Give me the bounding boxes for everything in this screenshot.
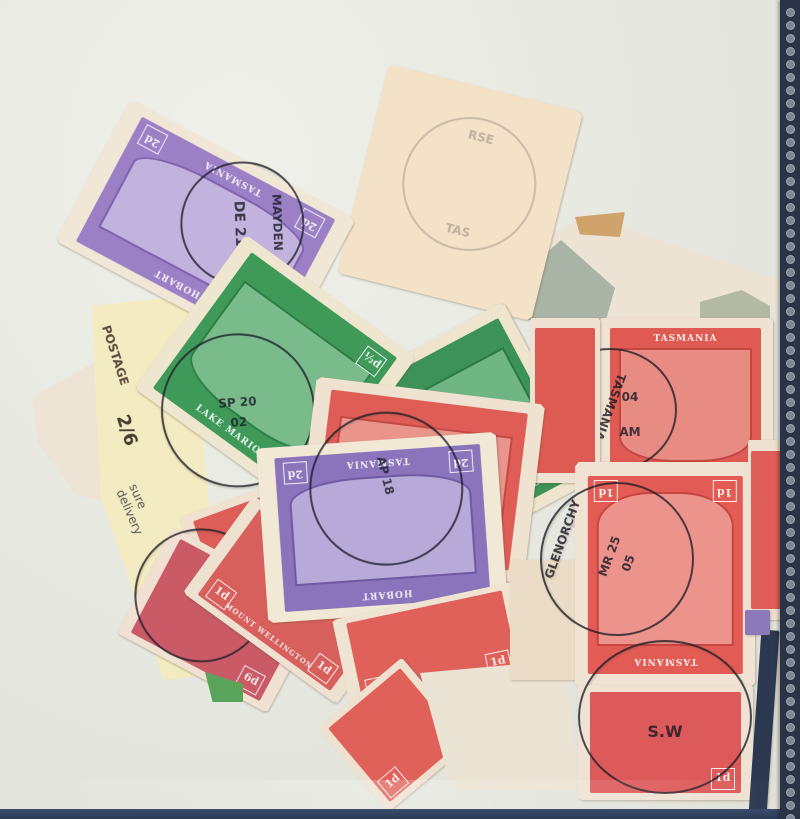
- binding-hole: [786, 268, 795, 277]
- binding-hole: [786, 788, 795, 797]
- binding-hole: [786, 606, 795, 615]
- binding-hole: [786, 775, 795, 784]
- country-label: TASMANIA: [588, 656, 743, 666]
- stamp-red-1d-behind: [530, 318, 600, 483]
- country-label: TASMANIA: [610, 334, 761, 344]
- binding-hole: [786, 34, 795, 43]
- brown-stamp-corner: [575, 212, 625, 237]
- binding-hole: [786, 515, 795, 524]
- binding-hole: [786, 164, 795, 173]
- binding-hole: [786, 567, 795, 576]
- value-label: 1d: [711, 768, 735, 790]
- binding-hole: [786, 489, 795, 498]
- binding-hole: [786, 541, 795, 550]
- binding-hole: [786, 593, 795, 602]
- binding-hole: [786, 229, 795, 238]
- binding-hole: [786, 398, 795, 407]
- binding-hole: [786, 346, 795, 355]
- binding-hole: [786, 320, 795, 329]
- binding-hole: [786, 21, 795, 30]
- value-label: 1d: [594, 479, 618, 501]
- binding-hole: [786, 151, 795, 160]
- value-label: 1d: [712, 479, 736, 501]
- binding-hole: [786, 125, 795, 134]
- binding-hole: [786, 801, 795, 810]
- stamp-pile: RSE TAS POSTAGE 2/6 sure delivery for HO…: [0, 0, 800, 819]
- sure-delivery-text: sure delivery: [113, 482, 167, 557]
- binding-hole: [786, 762, 795, 771]
- binding-hole: [786, 814, 795, 819]
- binding-hole: [786, 216, 795, 225]
- binding-hole: [786, 697, 795, 706]
- pale-stamp-right-edge: [510, 560, 580, 680]
- binding-hole: [786, 372, 795, 381]
- binding-hole: [786, 502, 795, 511]
- binding-hole: [786, 190, 795, 199]
- binding-hole: [786, 112, 795, 121]
- stamp-red-1d-bottom-right: 1d S.W: [578, 685, 753, 800]
- binding-hole: [786, 73, 795, 82]
- binding-hole: [786, 307, 795, 316]
- album-binding: [780, 0, 800, 819]
- binding-hole: [786, 86, 795, 95]
- binding-hole: [786, 242, 795, 251]
- binding-hole: [786, 385, 795, 394]
- stamp-red-1d-glenorchy: TASMANIA 1d 1d GLENORCHY MR 25 05: [575, 462, 755, 687]
- binding-hole: [786, 710, 795, 719]
- binding-hole: [786, 424, 795, 433]
- binding-hole: [786, 632, 795, 641]
- purple-sliver: [745, 610, 770, 635]
- binding-hole: [786, 450, 795, 459]
- binding-hole: [786, 476, 795, 485]
- binding-hole: [786, 8, 795, 17]
- binding-hole: [786, 619, 795, 628]
- binding-hole: [786, 684, 795, 693]
- binding-hole: [786, 203, 795, 212]
- binding-hole: [786, 736, 795, 745]
- stamp-red-1d-tasmania-1: TASMANIA TASMANIA 04 AM: [598, 318, 773, 483]
- binding-hole: [786, 411, 795, 420]
- postage-value-text: 2/6: [112, 412, 142, 449]
- binding-hole: [786, 723, 795, 732]
- binding-hole: [786, 177, 795, 186]
- binding-hole: [786, 60, 795, 69]
- binding-hole: [786, 463, 795, 472]
- binding-hole: [786, 658, 795, 667]
- value-label: 2d: [282, 460, 307, 484]
- binding-hole: [786, 333, 795, 342]
- binding-hole: [786, 554, 795, 563]
- binding-hole: [786, 47, 795, 56]
- binding-hole: [786, 437, 795, 446]
- binding-hole: [786, 99, 795, 108]
- binding-hole: [786, 138, 795, 147]
- binding-hole: [786, 528, 795, 537]
- binding-hole: [786, 255, 795, 264]
- album-bottom-strip: [0, 809, 790, 819]
- binding-hole: [786, 645, 795, 654]
- binding-hole: [786, 281, 795, 290]
- binding-hole: [786, 294, 795, 303]
- postage-text: POSTAGE: [99, 324, 132, 388]
- binding-hole: [786, 359, 795, 368]
- binding-hole: [786, 580, 795, 589]
- value-label: 2d: [448, 449, 473, 473]
- binding-hole: [786, 671, 795, 680]
- binding-hole: [786, 749, 795, 758]
